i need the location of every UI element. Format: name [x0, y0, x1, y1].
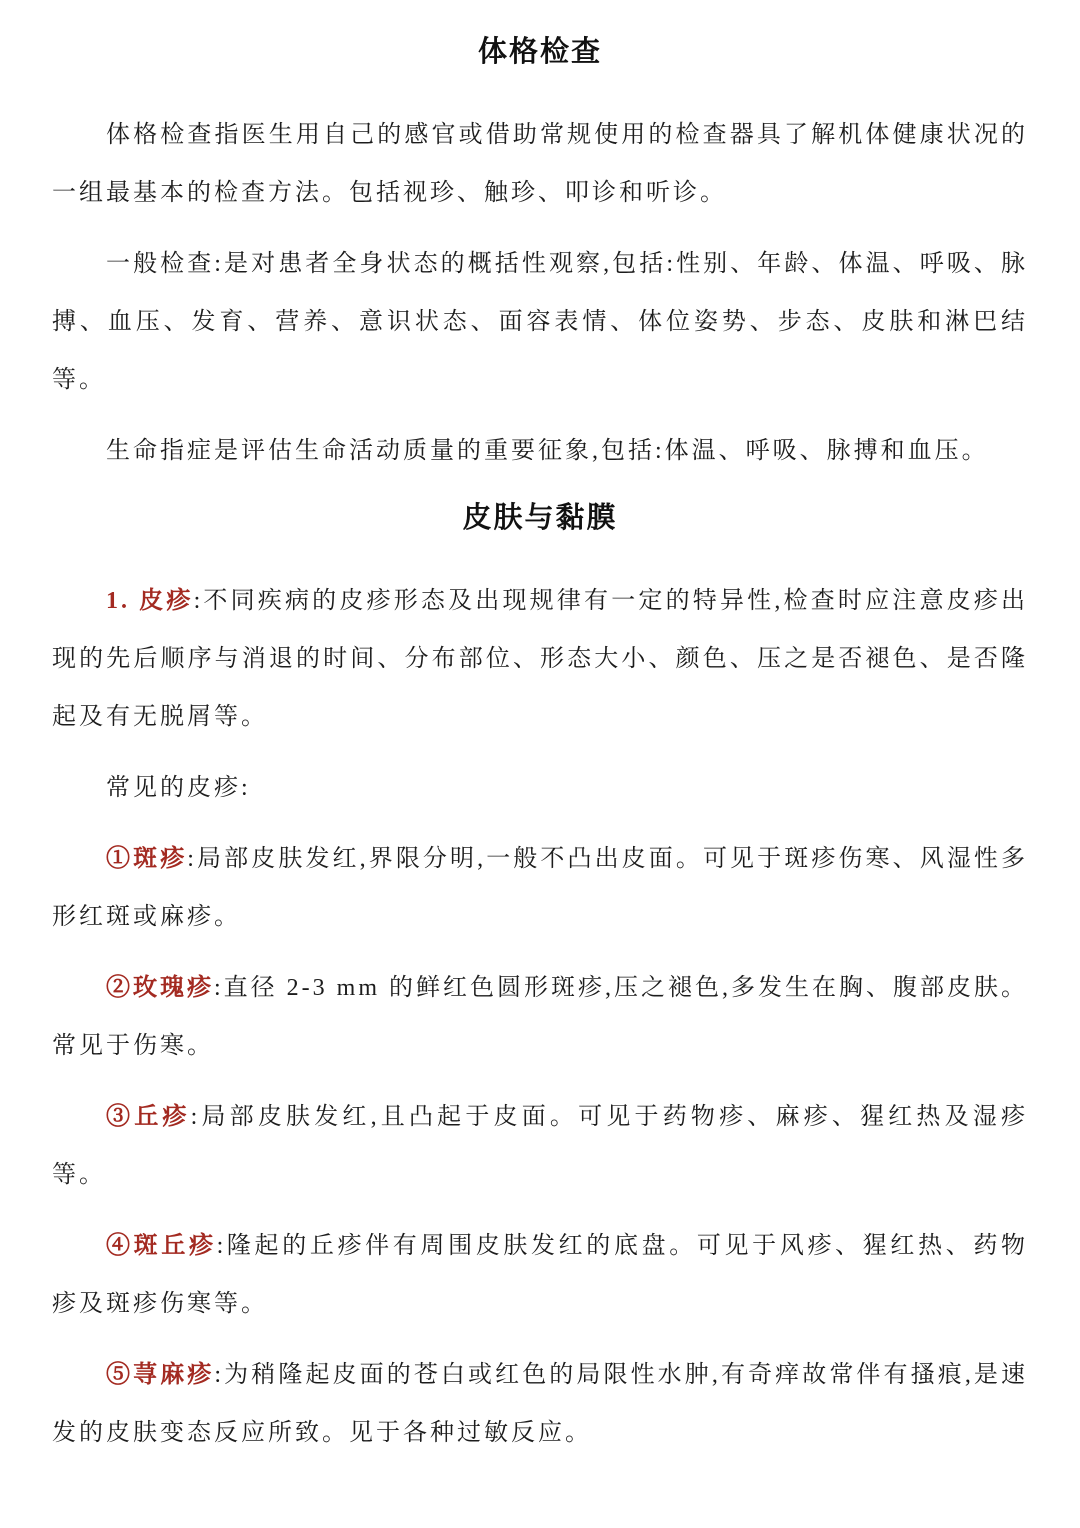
rash-lead-paragraph: 1. 皮疹:不同疾病的皮疹形态及出现规律有一定的特异性,检查时应注意皮疹出现的先… — [52, 572, 1028, 746]
rash-item-meiguizhen: ②玫瑰疹:直径 2-3 mm 的鲜红色圆形斑疹,压之褪色,多发生在胸、腹部皮肤。… — [52, 959, 1028, 1075]
term-meiguizhen: ②玫瑰疹 — [106, 975, 214, 1001]
term-qiuzhen: ③丘疹 — [106, 1104, 191, 1130]
intro-paragraph-overview: 体格检查指医生用自己的感官或借助常规使用的检查器具了解机体健康状况的一组最基本的… — [52, 106, 1028, 222]
document-title: 体格检查 — [52, 30, 1028, 74]
common-rash-intro: 常见的皮疹: — [52, 759, 1028, 817]
section-title-skin-mucosa: 皮肤与黏膜 — [52, 496, 1028, 540]
rash-item-qiuzhen: ③丘疹:局部皮肤发红,且凸起于皮面。可见于药物疹、麻疹、猩红热及湿疹等。 — [52, 1088, 1028, 1204]
document-page: 体格检查 体格检查指医生用自己的感官或借助常规使用的检查器具了解机体健康状况的一… — [0, 0, 1080, 1528]
term-pizhen: 1. 皮疹 — [106, 588, 194, 614]
term-banqiuzhen: ④斑丘疹 — [106, 1233, 217, 1259]
item-text: :局部皮肤发红,且凸起于皮面。可见于药物疹、麻疹、猩红热及湿疹等。 — [52, 1104, 1028, 1188]
paragraph-text: 一般检查:是对患者全身状态的概括性观察,包括:性别、年龄、体温、呼吸、脉搏、血压… — [52, 251, 1028, 393]
intro-paragraph-vital-signs: 生命指症是评估生命活动质量的重要征象,包括:体温、呼吸、脉搏和血压。 — [52, 422, 1028, 480]
rash-item-banzhen: ①斑疹:局部皮肤发红,界限分明,一般不凸出皮面。可见于斑疹伤寒、风湿性多形红斑或… — [52, 830, 1028, 946]
intro-paragraph-general-exam: 一般检查:是对患者全身状态的概括性观察,包括:性别、年龄、体温、呼吸、脉搏、血压… — [52, 235, 1028, 409]
paragraph-text: 体格检查指医生用自己的感官或借助常规使用的检查器具了解机体健康状况的一组最基本的… — [52, 122, 1028, 206]
paragraph-text: 常见的皮疹: — [106, 775, 251, 801]
rash-item-banqiuzhen: ④斑丘疹:隆起的丘疹伴有周围皮肤发红的底盘。可见于风疹、猩红热、药物疹及斑疹伤寒… — [52, 1217, 1028, 1333]
paragraph-text: 生命指症是评估生命活动质量的重要征象,包括:体温、呼吸、脉搏和血压。 — [106, 438, 989, 464]
rash-item-xunmazhen: ⑤荨麻疹:为稍隆起皮面的苍白或红色的局限性水肿,有奇痒故常伴有搔痕,是速发的皮肤… — [52, 1346, 1028, 1462]
item-text: :局部皮肤发红,界限分明,一般不凸出皮面。可见于斑疹伤寒、风湿性多形红斑或麻疹。 — [52, 846, 1028, 930]
term-banzhen: ①斑疹 — [106, 846, 187, 872]
paragraph-text: :不同疾病的皮疹形态及出现规律有一定的特异性,检查时应注意皮疹出现的先后顺序与消… — [52, 588, 1028, 730]
term-xunmazhen: ⑤荨麻疹 — [106, 1362, 214, 1388]
